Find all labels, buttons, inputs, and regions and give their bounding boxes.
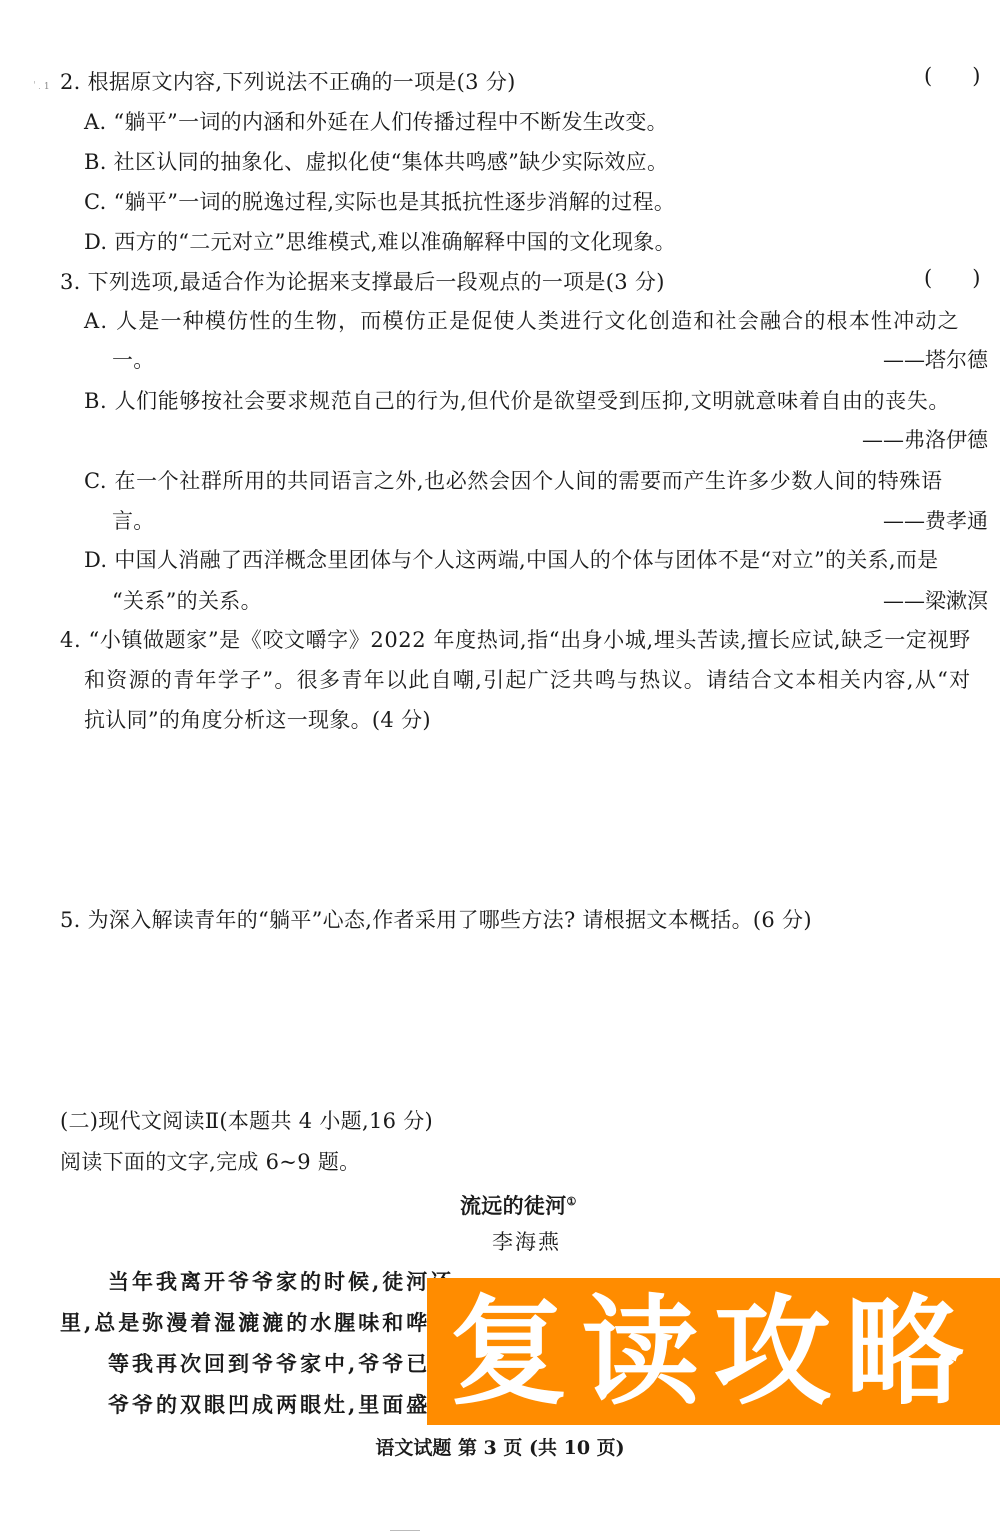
question-4-line-1: 4. “小镇做题家”是《咬文嚼字》2022 年度热词,指“出身小城,埋头苦读,擅…	[60, 626, 971, 654]
question-2-answer-blank[interactable]: ( )	[924, 62, 980, 90]
question-5-answer-area[interactable]	[60, 945, 990, 1095]
article-title: 流远的徒河①	[460, 1188, 577, 1220]
question-4-answer-area[interactable]	[60, 745, 990, 895]
article-author: 李海燕	[492, 1228, 561, 1256]
question-4-line-2: 和资源的青年学子”。很多青年以此自嘲,引起广泛共鸣与热议。请结合文本相关内容,从…	[84, 666, 971, 694]
article-paragraph-line: 里,总是弥漫着湿漉漉的水腥味和哗哗	[60, 1309, 454, 1337]
question-2-option-d: D. 西方的“二元对立”思维模式,难以准确解释中国的文化现象。	[84, 228, 676, 256]
scan-marks: ٰ ﹒1	[32, 79, 50, 92]
scan-edge-mark	[390, 1530, 420, 1534]
question-3-option-a-cont: 一。	[112, 346, 155, 374]
footnote-mark: ①	[567, 1195, 577, 1208]
question-2-stem: 2. 根据原文内容,下列说法不正确的一项是(3 分)	[60, 68, 516, 96]
question-4-line-3: 抗认同”的角度分析这一现象。(4 分)	[84, 706, 431, 734]
watermark-text: 复读攻略	[449, 1293, 977, 1411]
question-3-answer-blank[interactable]: ( )	[924, 264, 980, 292]
question-2-option-b: B. 社区认同的抽象化、虚拟化使“集体共鸣感”缺少实际效应。	[84, 148, 668, 176]
question-3-option-a-source: ——塔尔德	[883, 346, 988, 374]
question-3-option-c-source: ——费孝通	[883, 507, 988, 535]
question-3-option-d: D. 中国人消融了西洋概念里团体与个人这两端,中国人的个体与团体不是“对立”的关…	[84, 546, 938, 574]
section-2-heading: (二)现代文阅读Ⅱ(本题共 4 小题,16 分)	[60, 1107, 433, 1135]
article-paragraph-line: 等我再次回到爷爷家中,爷爷已病	[108, 1350, 454, 1378]
article-title-text: 流远的徒河	[460, 1193, 567, 1218]
question-5-stem: 5. 为深入解读青年的“躺平”心态,作者采用了哪些方法? 请根据文本概括。(6 …	[60, 906, 812, 934]
question-2-option-a: A. “躺平”一词的内涵和外延在人们传播过程中不断发生改变。	[84, 108, 668, 136]
question-2-option-c: C. “躺平”一词的脱逸过程,实际也是其抵抗性逐步消解的过程。	[84, 188, 675, 216]
question-3-option-b: B. 人们能够按社会要求规范自己的行为,但代价是欲望受到压抑,文明就意味着自由的…	[84, 387, 950, 415]
page-footer: 语文试题 第 3 页 (共 10 页)	[0, 1433, 1000, 1460]
question-3-option-c-cont: 言。	[112, 507, 155, 535]
question-3-option-c: C. 在一个社群所用的共同语言之外,也必然会因个人间的需要而产生许多少数人间的特…	[84, 467, 943, 495]
section-2-instruction: 阅读下面的文字,完成 6~9 题。	[60, 1148, 360, 1176]
question-3-option-d-source: ——梁漱溟	[883, 587, 988, 615]
article-paragraph-line: 当年我离开爷爷家的时候,徒河还	[108, 1268, 454, 1296]
question-3-option-b-source: ——弗洛伊德	[862, 426, 988, 454]
question-3-stem: 3. 下列选项,最适合作为论据来支撑最后一段观点的一项是(3 分)	[60, 268, 665, 296]
article-paragraph-line: 爷爷的双眼凹成两眼灶,里面盛着	[108, 1391, 454, 1419]
watermark-banner: 复读攻略	[427, 1278, 1000, 1425]
question-3-option-d-cont: “关系”的关系。	[112, 587, 262, 615]
question-3-option-a: A. 人是一种模仿性的生物，而模仿正是促使人类进行文化创造和社会融合的根本性冲动…	[84, 307, 960, 335]
